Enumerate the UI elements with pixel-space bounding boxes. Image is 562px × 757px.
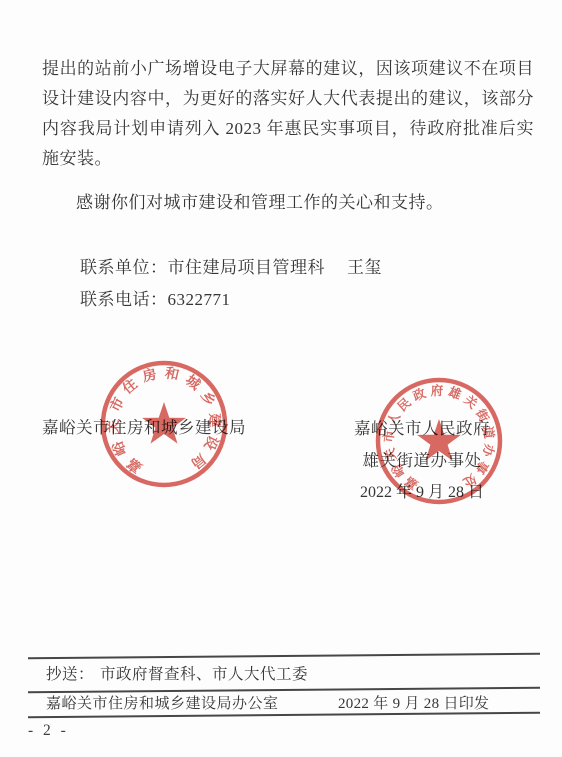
contact-person: 王玺: [347, 258, 382, 277]
body-line: 内容我局计划申请列入 2023 年惠民实事项目，待政府批准后实: [42, 114, 534, 144]
signature-right-org-line2: 雄关街道办事处: [344, 445, 500, 477]
signature-right-block: 嘉峪关市人民政府 雄关街道办事处 2022 年 9 月 28 日: [344, 413, 500, 509]
body-line: 设计建设内容中，为更好的落实好人大代表提出的建议，该部分: [42, 84, 534, 114]
body-paragraph: 提出的站前小广场增设电子大屏幕的建议，因该项建议不在项目 设计建设内容中，为更好…: [42, 54, 534, 174]
contact-unit-value: 市住建局项目管理科: [168, 258, 326, 277]
thanks-paragraph: 感谢你们对城市建设和管理工作的关心和支持。: [42, 188, 534, 218]
contact-block: 联系单位：市住建局项目管理科王玺 联系电话：6322771: [80, 252, 382, 316]
body-line: 提出的站前小广场增设电子大屏幕的建议，因该项建议不在项目: [42, 54, 534, 84]
cc-value: 市政府督查科、市人大代工委: [100, 666, 308, 683]
body-line: 施安装。: [42, 144, 534, 174]
issuer-name: 嘉峪关市住房和城乡建设局办公室: [46, 696, 279, 712]
signature-left-org: 嘉峪关市住房和城乡建设局: [42, 414, 246, 438]
signature-date: 2022 年 9 月 28 日: [344, 477, 500, 509]
contact-phone-row: 联系电话：6322771: [80, 284, 382, 316]
page-number: - 2 -: [28, 722, 69, 740]
contact-unit-label: 联系单位：: [80, 258, 168, 277]
contact-unit-row: 联系单位：市住建局项目管理科王玺: [80, 252, 382, 284]
document-page: 提出的站前小广场增设电子大屏幕的建议，因该项建议不在项目 设计建设内容中，为更好…: [0, 0, 562, 757]
footer-cc-row: 抄送：市政府督查科、市人大代工委: [46, 664, 308, 686]
footer-divider-top: [28, 653, 540, 659]
contact-phone-value: 6322771: [168, 290, 231, 309]
contact-phone-label: 联系电话：: [80, 290, 168, 309]
signature-right-org-line1: 嘉峪关市人民政府: [344, 413, 500, 445]
cc-label: 抄送：: [46, 666, 94, 683]
